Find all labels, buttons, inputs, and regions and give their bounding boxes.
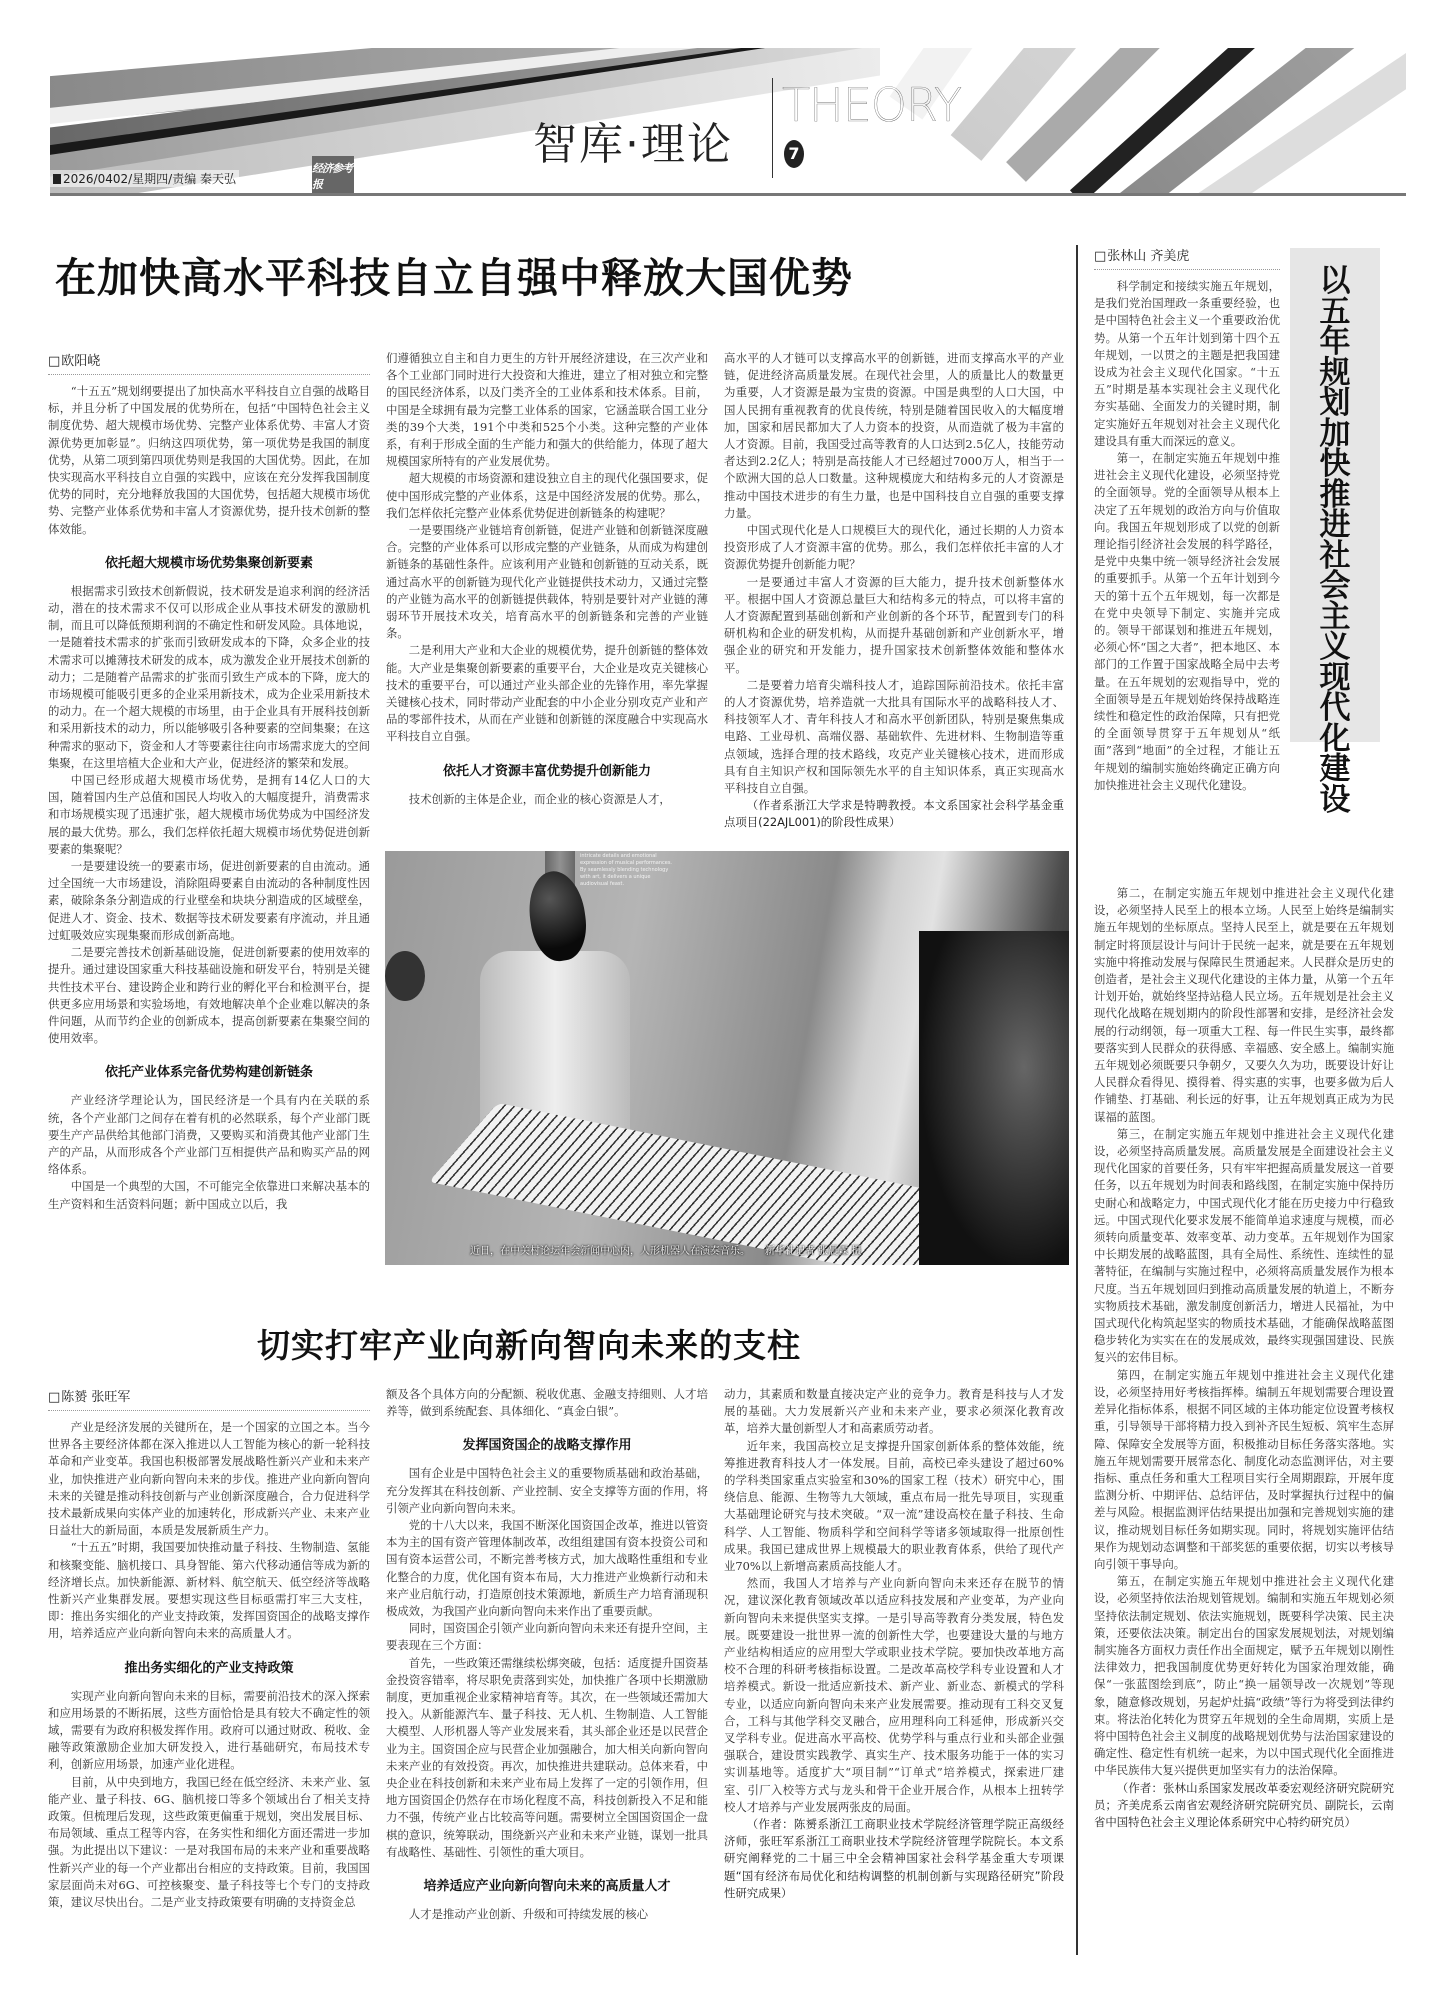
article1-body-4: 们遵循独立自主和自力更生的方针开展经济建设，在三次产业和各个工业部门同时进行大投… bbox=[386, 350, 708, 746]
vertical-title-char: 设 bbox=[1320, 785, 1351, 816]
vertical-title-char: 义 bbox=[1320, 632, 1351, 663]
vertical-title-char: 现 bbox=[1320, 663, 1351, 694]
article1-col2: 们遵循独立自主和自力更生的方针开展经济建设，在三次产业和各个工业部门同时进行大投… bbox=[386, 350, 708, 846]
article2-body-2: 实现产业向新向智向未来的目标，需要前沿技术的深入探索和应用场景的不断拓展，这些方… bbox=[48, 1688, 370, 1912]
vertical-title-char: 推 bbox=[1320, 480, 1351, 511]
article2-body-1: 产业是经济发展的关键所在，是一个国家的立国之本。当今世界各主要经济体都在深入推进… bbox=[48, 1419, 370, 1643]
article1-subhead-3: 依托人才资源丰富优势提升创新能力 bbox=[386, 760, 708, 779]
article1-col1: 欧阳峣 “十五五”规划纲要提出了加快高水平科技自立自强的战略目标，并且分析了中国… bbox=[48, 350, 370, 1250]
vertical-title-char: 建 bbox=[1320, 754, 1351, 785]
article1-subhead-2: 依托产业体系完备优势构建创新链条 bbox=[48, 1061, 370, 1080]
masthead-divider bbox=[772, 78, 773, 178]
article1-body-5: 技术创新的主体是企业，而企业的核心资源是人才， bbox=[386, 791, 708, 808]
article1-subhead-1: 依托超大规模市场优势集聚创新要素 bbox=[48, 552, 370, 571]
article2-body-6: 动力，其素质和数量直接决定产业的竞争力。教育是科技与人才发展的基础。大力发展新兴… bbox=[724, 1386, 1064, 1816]
article2-author-note: （作者：陈赟系浙江工商职业技术学院经济管理学院正高级经济师，张旺军系浙江工商职业… bbox=[724, 1816, 1064, 1902]
vertical-title-char: 以 bbox=[1320, 266, 1351, 297]
vertical-title-char: 化 bbox=[1320, 724, 1351, 755]
vertical-title-char: 加 bbox=[1320, 419, 1351, 450]
page-number: 7 bbox=[784, 140, 804, 168]
article3-bottom: 第二，在制定实施五年规划中推进社会主义现代化建设，必须坚持人民至上的根本立场。人… bbox=[1094, 885, 1394, 1965]
vertical-title-char: 代 bbox=[1320, 693, 1351, 724]
article1-body-6: 高水平的人才链可以支撑高水平的创新链，进而支撑高水平的产业链，促进经济高质量发展… bbox=[724, 350, 1064, 797]
vertical-title-char: 进 bbox=[1320, 510, 1351, 541]
article1-col3: 高水平的人才链可以支撑高水平的创新链，进而支撑高水平的产业链，促进经济高质量发展… bbox=[724, 350, 1064, 846]
vertical-title-char: 划 bbox=[1320, 388, 1351, 419]
newspaper-logo: 经济参考报 bbox=[312, 156, 354, 196]
vertical-title-char: 快 bbox=[1320, 449, 1351, 480]
section-title: 智库·理论 bbox=[533, 108, 733, 172]
robot-photo: intricate details and emotional expressi… bbox=[385, 851, 1069, 1265]
article2-col2: 额及各个具体方向的分配额、税收优惠、金融支持细则、人才培养等，做到系统配套、具体… bbox=[386, 1386, 708, 2008]
photo-caption: 近日，在中关村论坛年会新闻中心内，人形机器人在演奏音乐。 新华社记者 张晨霖 摄 bbox=[470, 1242, 861, 1257]
article2-body-3: 额及各个具体方向的分配额、税收优惠、金融支持细则、人才培养等，做到系统配套、具体… bbox=[386, 1386, 708, 1420]
article2-col1: 陈赟 张旺军 产业是经济发展的关键所在，是一个国家的立国之本。当今世界各主要经济… bbox=[48, 1386, 370, 2008]
article3-body-1: 科学制定和接续实施五年规划，是我们党治国理政一条重要经验，也是中国特色社会主义一… bbox=[1094, 278, 1280, 794]
vertical-title-char: 五 bbox=[1320, 297, 1351, 328]
issue-meta: 2026/0402/星期四/责编 秦天弘 bbox=[50, 170, 239, 187]
article3-byline: 张林山 齐美虎 bbox=[1094, 245, 1280, 270]
article2-body-4: 国有企业是中国特色社会主义的重要物质基础和政治基础，充分发挥其在科技创新、产业控… bbox=[386, 1465, 708, 1861]
article2-byline: 陈赟 张旺军 bbox=[48, 1386, 370, 1411]
article2-headline: 切实打牢产业向新向智向未来的支柱 bbox=[257, 1320, 801, 1367]
photo-keyboard bbox=[429, 1103, 981, 1265]
photo-screen-text: intricate details and emotional expressi… bbox=[580, 853, 675, 888]
article3-top: 张林山 齐美虎 科学制定和接续实施五年规划，是我们党治国理政一条重要经验，也是中… bbox=[1094, 245, 1280, 890]
column-divider bbox=[1076, 245, 1078, 1955]
article1-byline: 欧阳峣 bbox=[48, 350, 370, 375]
article1-author-note: （作者系浙江大学求是特聘教授。本文系国家社会科学基金重点项目(22AJL001)… bbox=[724, 797, 1064, 831]
vertical-title-char: 规 bbox=[1320, 358, 1351, 389]
article3-body-2: 第二，在制定实施五年规划中推进社会主义现代化建设，必须坚持人民至上的根本立场。人… bbox=[1094, 885, 1394, 1780]
section-title-en: THEORY bbox=[782, 78, 961, 132]
photo-person bbox=[385, 951, 425, 1001]
vertical-title-char: 社 bbox=[1320, 541, 1351, 572]
photo-robot-foreground bbox=[919, 931, 1069, 1265]
article1-body-2: 根据需求引致技术创新假说，技术研发是追求利润的经济活动，潜在的技术需求不仅可以形… bbox=[48, 583, 370, 1047]
vertical-title-char: 会 bbox=[1320, 571, 1351, 602]
article2-subhead-1: 推出务实细化的产业支持政策 bbox=[48, 1657, 370, 1676]
article3-author-note: （作者：张林山系国家发展改革委宏观经济研究院研究员；齐美虎系云南省宏观经济研究院… bbox=[1094, 1780, 1394, 1832]
vertical-title-char: 主 bbox=[1320, 602, 1351, 633]
article2-body-5: 人才是推动产业创新、升级和可持续发展的核心 bbox=[386, 1906, 708, 1923]
masthead-banner: 智库·理论 THEORY 7 2026/0402/星期四/责编 秦天弘 经济参考… bbox=[50, 48, 1406, 196]
article1-headline: 在加快高水平科技自立自强中释放大国优势 bbox=[55, 245, 853, 304]
article2-subhead-3: 培养适应产业向新向智向未来的高质量人才 bbox=[386, 1875, 708, 1894]
article1-body-1: “十五五”规划纲要提出了加快高水平科技自立自强的战略目标，并且分析了中国发展的优… bbox=[48, 383, 370, 538]
vertical-title-char: 年 bbox=[1320, 327, 1351, 358]
article3-vertical-title: 以五年规划加快推进社会主义现代化建设 bbox=[1290, 248, 1380, 742]
article2-col3: 动力，其素质和数量直接决定产业的竞争力。教育是科技与人才发展的基础。大力发展新兴… bbox=[724, 1386, 1064, 2008]
article2-subhead-2: 发挥国资国企的战略支撑作用 bbox=[386, 1434, 708, 1453]
article1-body-3: 产业经济学理论认为，国民经济是一个具有内在关联的系统，各个产业部门之间存在着有机… bbox=[48, 1092, 370, 1212]
